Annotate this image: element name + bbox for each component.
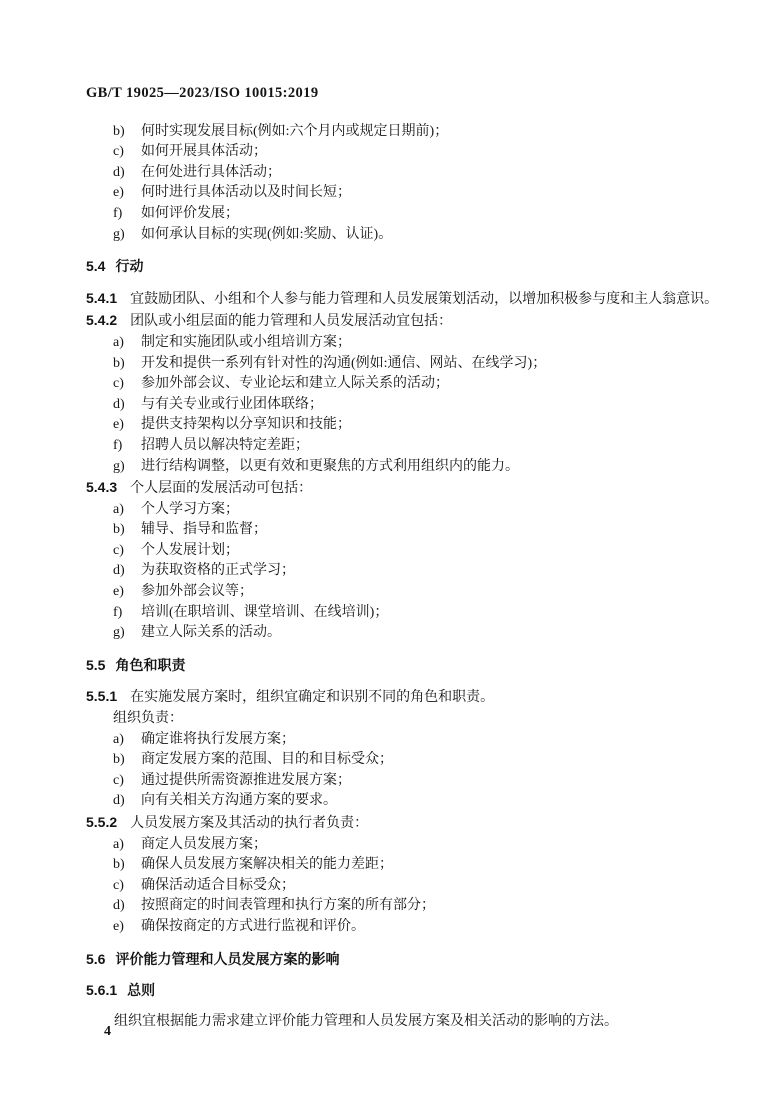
section-heading-5-4: 5.4行动 <box>86 256 710 277</box>
clause-number: 5.4.1 <box>86 290 117 306</box>
list-item: e)何时进行具体活动以及时间长短； <box>86 183 710 204</box>
list-marker: b) <box>113 354 125 375</box>
list-text: 在何处进行具体活动； <box>141 165 281 180</box>
list-marker: f) <box>113 603 122 624</box>
list-text: 如何开展具体活动； <box>141 144 267 159</box>
list-marker: e) <box>113 415 124 436</box>
list-item: a)制定和实施团队或小组培训方案； <box>86 333 710 354</box>
list-marker: b) <box>113 122 125 143</box>
list-text: 商定人员发展方案； <box>141 837 267 852</box>
section-title: 行动 <box>115 258 143 274</box>
list-5-4-2: a)制定和实施团队或小组培训方案；b)开发和提供一系列有针对性的沟通(例如:通信… <box>86 333 710 477</box>
clause-5-4-3: 5.4.3个人层面的发展活动可包括： <box>86 477 710 500</box>
list-marker: e) <box>113 183 124 204</box>
list-marker: e) <box>113 917 124 938</box>
list-item: f)招聘人员以解决特定差距； <box>86 436 710 457</box>
list-item: a)确定谁将执行发展方案； <box>86 730 710 751</box>
list-item: c)如何开展具体活动； <box>86 142 710 163</box>
list-5-5-2: a)商定人员发展方案；b)确保人员发展方案解决相关的能力差距；c)确保活动适合目… <box>86 835 710 938</box>
list-text: 辅导、指导和监督； <box>141 522 267 537</box>
list-item: c)参加外部会议、专业论坛和建立人际关系的活动； <box>86 374 710 395</box>
list-item: b)开发和提供一系列有针对性的沟通(例如:通信、网站、在线学习)； <box>86 354 710 375</box>
list-marker: b) <box>113 520 125 541</box>
clause-5-4-1: 5.4.1宜鼓励团队、小组和个人参与能力管理和人员发展策划活动，以增加积极参与度… <box>86 288 710 311</box>
list-text: 个人学习方案； <box>141 502 239 517</box>
list-text: 按照商定的时间表管理和执行方案的所有部分； <box>141 898 435 913</box>
list-item: b)确保人员发展方案解决相关的能力差距； <box>86 855 710 876</box>
list-marker: g) <box>113 225 125 246</box>
list-marker: d) <box>113 791 125 812</box>
list-item: d)为获取资格的正式学习； <box>86 561 710 582</box>
org-responsibility-lead: 组织负责： <box>113 709 710 730</box>
list-marker: a) <box>113 500 124 521</box>
clause-text: 宜鼓励团队、小组和个人参与能力管理和人员发展策划活动，以增加积极参与度和主人翁意… <box>130 292 718 307</box>
list-item: e)提供支持架构以分享知识和技能； <box>86 415 710 436</box>
list-item: g)进行结构调整，以更有效和更聚焦的方式利用组织内的能力。 <box>86 457 710 478</box>
list-text: 参加外部会议、专业论坛和建立人际关系的活动； <box>141 376 449 391</box>
list-marker: g) <box>113 623 125 644</box>
list-marker: c) <box>113 142 124 163</box>
list-text: 提供支持架构以分享知识和技能； <box>141 417 351 432</box>
list-item: g)建立人际关系的活动。 <box>86 623 710 644</box>
list-5-4-3: a)个人学习方案；b)辅导、指导和监督；c)个人发展计划；d)为获取资格的正式学… <box>86 500 710 644</box>
clause-text: 在实施发展方案时，组织宜确定和识别不同的角色和职责。 <box>130 690 494 705</box>
list-text: 确定谁将执行发展方案； <box>141 732 295 747</box>
list-marker: b) <box>113 750 125 771</box>
list-text: 商定发展方案的范围、目的和目标受众； <box>141 752 393 767</box>
list-item: d)按照商定的时间表管理和执行方案的所有部分； <box>86 896 710 917</box>
list-text: 建立人际关系的活动。 <box>141 625 281 640</box>
list-text: 何时进行具体活动以及时间长短； <box>141 185 351 200</box>
list-item: d)在何处进行具体活动； <box>86 163 710 184</box>
list-item: c)确保活动适合目标受众； <box>86 876 710 897</box>
list-text: 与有关专业或行业团体联络； <box>141 397 323 412</box>
list-item: f)如何评价发展； <box>86 204 710 225</box>
clause-5-5-2: 5.5.2人员发展方案及其活动的执行者负责： <box>86 812 710 835</box>
clause-5-4-2: 5.4.2团队或小组层面的能力管理和人员发展活动宜包括： <box>86 310 710 333</box>
list-text: 个人发展计划； <box>141 543 239 558</box>
section-number: 5.4 <box>86 258 105 274</box>
list-marker: c) <box>113 771 124 792</box>
clause-text: 个人层面的发展活动可包括： <box>130 481 312 496</box>
list-item: c)通过提供所需资源推进发展方案； <box>86 771 710 792</box>
list-item: b)辅导、指导和监督； <box>86 520 710 541</box>
list-text: 何时实现发展目标(例如:六个月内或规定日期前)； <box>141 124 448 139</box>
list-text: 参加外部会议等； <box>141 584 253 599</box>
clause-number: 5.5.2 <box>86 814 117 830</box>
section-title: 角色和职责 <box>115 657 185 673</box>
list-item: b)何时实现发展目标(例如:六个月内或规定日期前)； <box>86 122 710 143</box>
list-item: d)与有关专业或行业团体联络； <box>86 395 710 416</box>
list-item: e)参加外部会议等； <box>86 582 710 603</box>
list-text: 向有关相关方沟通方案的要求。 <box>141 793 337 808</box>
list-item: g)如何承认目标的实现(例如:奖励、认证)。 <box>86 225 710 246</box>
list-item: d)向有关相关方沟通方案的要求。 <box>86 791 710 812</box>
list-item: b)商定发展方案的范围、目的和目标受众； <box>86 750 710 771</box>
list-text: 培训(在职培训、课堂培训、在线培训)； <box>141 605 388 620</box>
page-number: 4 <box>104 1022 111 1043</box>
list-item: c)个人发展计划； <box>86 541 710 562</box>
list-text: 如何承认目标的实现(例如:奖励、认证)。 <box>141 227 392 242</box>
section-heading-5-5: 5.5角色和职责 <box>86 655 710 676</box>
list-text: 确保活动适合目标受众； <box>141 878 295 893</box>
section-heading-5-6: 5.6评价能力管理和人员发展方案的影响 <box>86 949 710 970</box>
list-text: 开发和提供一系列有针对性的沟通(例如:通信、网站、在线学习)； <box>141 356 546 371</box>
running-header: GB/T 19025—2023/ISO 10015:2019 <box>86 83 710 104</box>
section-number: 5.5 <box>86 657 105 673</box>
section-title: 总则 <box>127 982 155 998</box>
clause-5-5-1: 5.5.1在实施发展方案时，组织宜确定和识别不同的角色和职责。 <box>86 686 710 709</box>
section-title: 评价能力管理和人员发展方案的影响 <box>115 951 339 967</box>
clause-number: 5.4.2 <box>86 312 117 328</box>
list-marker: d) <box>113 561 125 582</box>
list-text: 招聘人员以解决特定差距； <box>141 438 309 453</box>
body-paragraph: 组织宜根据能力需求建立评价能力管理和人员发展方案及相关活动的影响的方法。 <box>86 1012 710 1033</box>
list-item: a)个人学习方案； <box>86 500 710 521</box>
list-marker: c) <box>113 541 124 562</box>
list-marker: g) <box>113 457 125 478</box>
list-text: 如何评价发展； <box>141 206 239 221</box>
list-marker: a) <box>113 835 124 856</box>
list-item: e)确保按商定的方式进行监视和评价。 <box>86 917 710 938</box>
list-item: f)培训(在职培训、课堂培训、在线培训)； <box>86 603 710 624</box>
page-content: GB/T 19025—2023/ISO 10015:2019 b)何时实现发展目… <box>86 83 710 1032</box>
list-text: 确保按商定的方式进行监视和评价。 <box>141 919 365 934</box>
clause-text: 人员发展方案及其活动的执行者负责： <box>130 816 368 831</box>
list-marker: a) <box>113 333 124 354</box>
carryover-list: b)何时实现发展目标(例如:六个月内或规定日期前)；c)如何开展具体活动；d)在… <box>86 122 710 246</box>
section-number: 5.6 <box>86 951 105 967</box>
list-marker: a) <box>113 730 124 751</box>
section-heading-5-6-1: 5.6.1总则 <box>86 980 710 1001</box>
list-marker: c) <box>113 374 124 395</box>
list-marker: b) <box>113 855 125 876</box>
clause-text: 团队或小组层面的能力管理和人员发展活动宜包括： <box>130 314 452 329</box>
list-item: a)商定人员发展方案； <box>86 835 710 856</box>
list-marker: d) <box>113 896 125 917</box>
clause-number: 5.4.3 <box>86 479 117 495</box>
list-marker: f) <box>113 204 122 225</box>
list-text: 制定和实施团队或小组培训方案； <box>141 335 351 350</box>
list-text: 进行结构调整，以更有效和更聚焦的方式利用组织内的能力。 <box>141 459 519 474</box>
list-marker: d) <box>113 163 125 184</box>
list-text: 为获取资格的正式学习； <box>141 563 295 578</box>
list-marker: c) <box>113 876 124 897</box>
clause-number: 5.5.1 <box>86 688 117 704</box>
list-marker: d) <box>113 395 125 416</box>
list-text: 确保人员发展方案解决相关的能力差距； <box>141 857 393 872</box>
document-page: GB/T 19025—2023/ISO 10015:2019 b)何时实现发展目… <box>0 0 776 1119</box>
list-text: 通过提供所需资源推进发展方案； <box>141 773 351 788</box>
list-marker: e) <box>113 582 124 603</box>
section-number: 5.6.1 <box>86 982 117 998</box>
list-5-5-1: a)确定谁将执行发展方案；b)商定发展方案的范围、目的和目标受众；c)通过提供所… <box>86 730 710 812</box>
list-marker: f) <box>113 436 122 457</box>
